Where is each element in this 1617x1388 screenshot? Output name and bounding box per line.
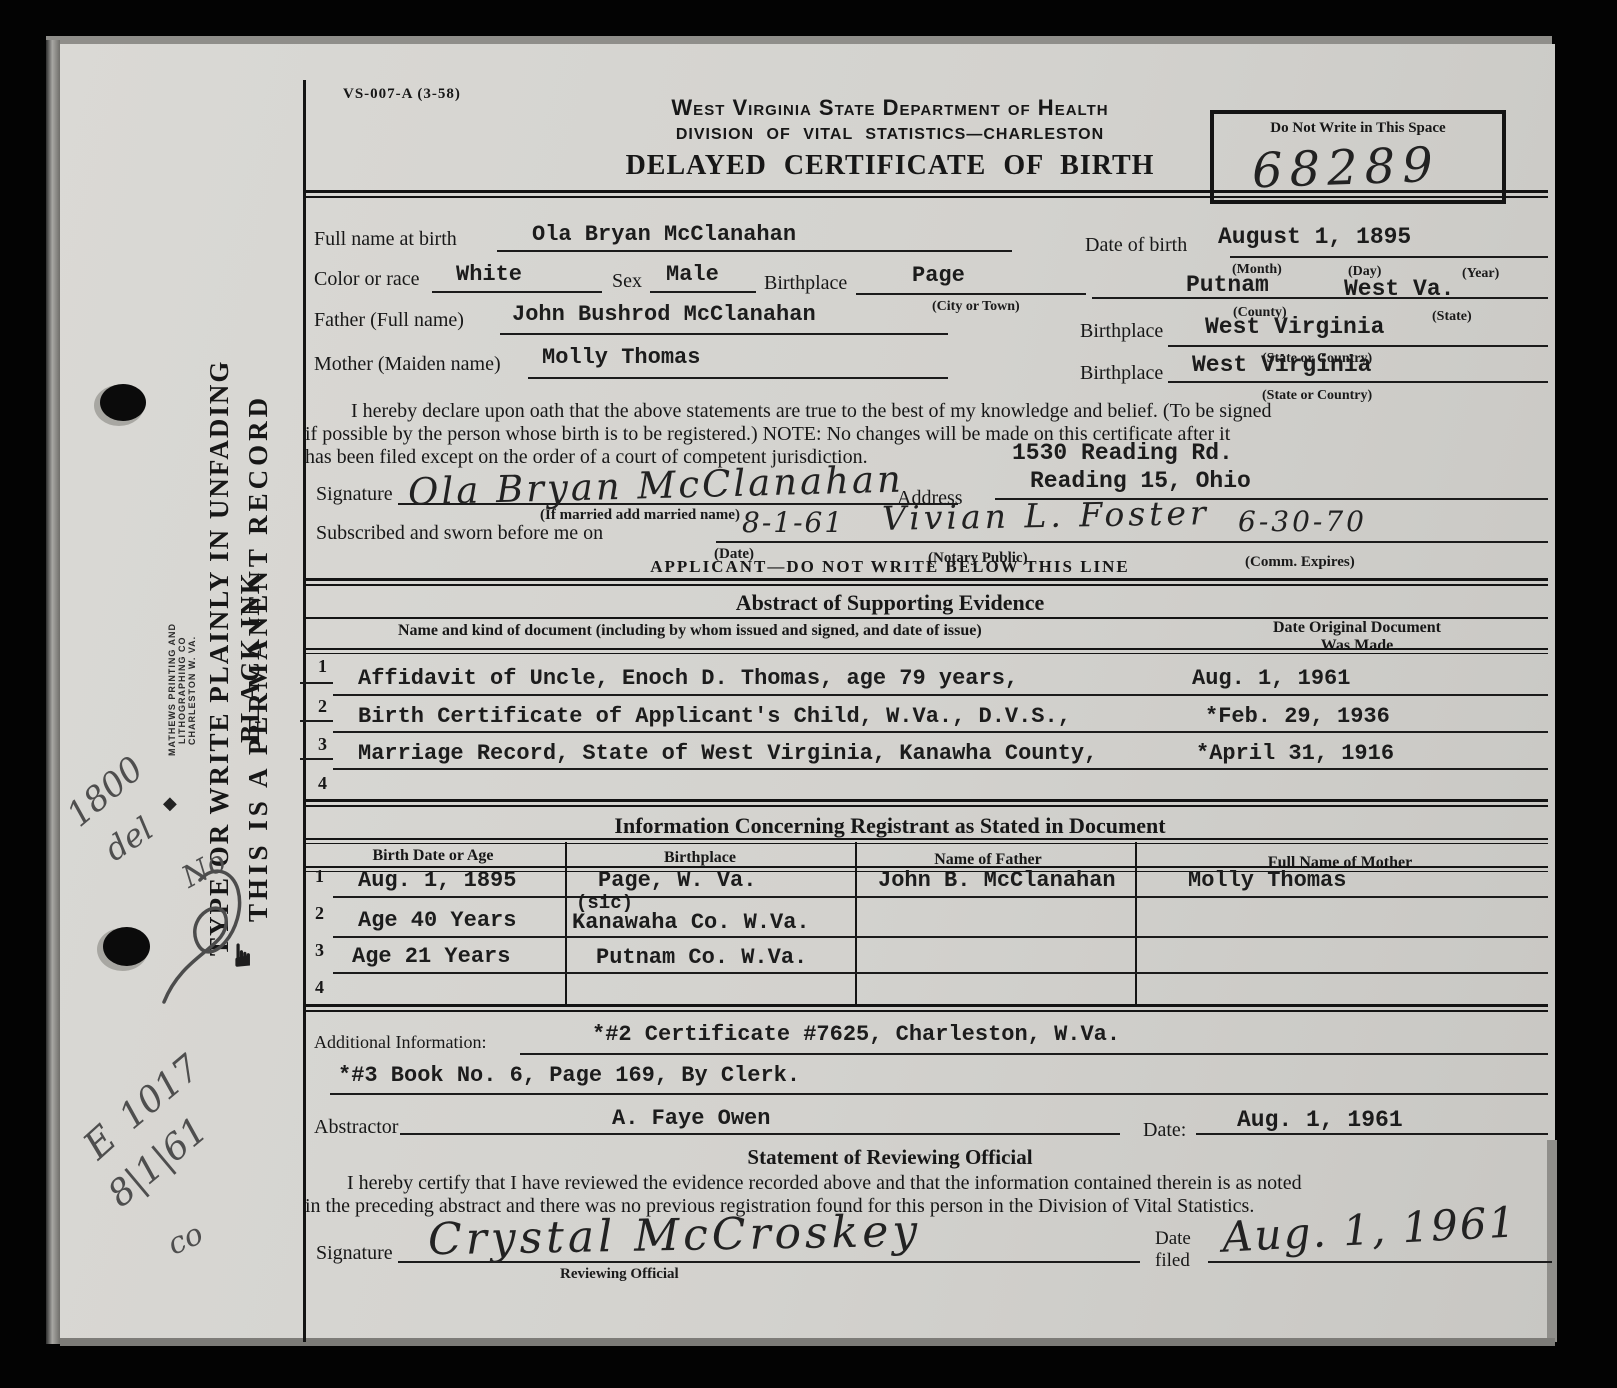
full-name-line [497, 250, 1012, 252]
abstractor-line [400, 1133, 1120, 1135]
abstractor-date-value: Aug. 1, 1961 [1237, 1107, 1403, 1133]
birthplace-label: Birthplace [764, 272, 847, 295]
registrant-col-divider-1 [565, 842, 567, 1007]
abstract-top-rule-1 [303, 578, 1548, 581]
evidence-num-line-1 [300, 682, 333, 684]
sex-label: Sex [612, 270, 642, 293]
abstractor-date-label: Date: [1143, 1119, 1186, 1142]
evidence-row-number: 2 [318, 696, 327, 717]
abstract-bottom-rule-1 [303, 799, 1548, 802]
form-number: VS-007-A (3-58) [343, 86, 461, 103]
scanned-birth-certificate: TYPE OR WRITE PLAINLY IN UNFADING BLACK … [0, 0, 1617, 1388]
printer-credit-line2: CHARLESTON W. VA. [187, 590, 197, 790]
header-rule-1 [303, 190, 1548, 193]
registrant-birth-date: Age 40 Years [358, 908, 516, 933]
registrant-row-number: 2 [315, 903, 324, 924]
registrant-row-line [333, 972, 1548, 974]
year-sublabel: (Year) [1462, 266, 1499, 282]
abstract-top-rule-2 [303, 584, 1548, 586]
applicant-street-address: 1530 Reading Rd. [1012, 440, 1233, 466]
page-stack-edge-right [1547, 1140, 1557, 1342]
abstractor-label: Abstractor [314, 1116, 398, 1139]
additional-info-line2: *#3 Book No. 6, Page 169, By Clerk. [338, 1063, 800, 1088]
registrant-birthplace: Kanawaha Co. W.Va. [572, 910, 810, 935]
address-value: Reading 15, Ohio [1030, 468, 1251, 494]
evidence-num-line-3 [300, 758, 333, 760]
division-name: DIVISION OF VITAL STATISTICS—CHARLESTON [495, 126, 1285, 144]
department-name: West Virginia State Department of Health [495, 95, 1285, 121]
evidence-row-number: 3 [318, 734, 327, 755]
father-value: John Bushrod McClanahan [512, 302, 816, 327]
birthplace-city-line [856, 293, 1086, 295]
registrant-bottom-rule-2 [303, 1010, 1548, 1012]
dob-value: August 1, 1895 [1218, 224, 1411, 250]
race-value: White [456, 262, 522, 287]
abstractor-name: A. Faye Owen [612, 1106, 770, 1131]
registrant-title-rule-2 [303, 843, 1548, 844]
race-line [432, 291, 602, 293]
evidence-row-date: Aug. 1, 1961 [1192, 666, 1350, 691]
mother-birthplace-line [1168, 381, 1548, 383]
registrant-title-rule-1 [303, 838, 1548, 840]
registrant-bottom-rule-1 [303, 1004, 1548, 1007]
reviewing-signature-label: Signature [316, 1242, 393, 1265]
abstract-date-header-1: Date Original Document [1237, 619, 1477, 637]
abstract-doc-header: Name and kind of document (including by … [398, 622, 982, 640]
punch-hole-bottom [103, 927, 150, 966]
registrant-row-number: 3 [315, 940, 324, 961]
registrant-col-divider-3 [1135, 842, 1137, 1007]
registrant-col-header-birth: Birth Date or Age [333, 847, 533, 865]
evidence-row-line [333, 768, 1548, 770]
abstract-header-rule-1 [303, 648, 1548, 650]
father-line [500, 333, 948, 335]
page-stack-edge-bottom [60, 1338, 1555, 1346]
evidence-row-text: Marriage Record, State of West Virginia,… [358, 741, 1097, 766]
dob-line [1230, 256, 1548, 258]
registrant-row-line [333, 936, 1548, 938]
sworn-label: Subscribed and sworn before me on [316, 522, 603, 545]
margin-instruction-permanent: THIS IS A PERMANENT RECORD [243, 385, 274, 930]
registrant-col-header-birthplace: Birthplace [600, 849, 800, 867]
abstract-bottom-rule-2 [303, 805, 1548, 807]
registrant-row-number: 4 [315, 977, 324, 998]
registrant-birth-date: Aug. 1, 1895 [358, 868, 516, 893]
mother-value: Molly Thomas [542, 345, 700, 370]
sworn-date-value: 8-1-61 [742, 506, 844, 539]
registrant-mother: Molly Thomas [1188, 868, 1346, 893]
reviewing-official-signature: Crystal McCroskey [428, 1206, 922, 1266]
printer-logo-icon: ◆ [163, 793, 177, 814]
state-sublabel: (State) [1432, 309, 1472, 325]
abstract-title: Abstract of Supporting Evidence [495, 590, 1285, 616]
abstractor-date-line [1196, 1133, 1548, 1135]
evidence-row-text: Affidavit of Uncle, Enoch D. Thomas, age… [358, 666, 1018, 691]
reviewing-line1: I hereby certify that I have reviewed th… [305, 1172, 1548, 1195]
date-filed-label-filed: filed [1155, 1250, 1190, 1272]
header-rule-2 [303, 196, 1548, 198]
declaration-line1: I hereby declare upon oath that the abov… [305, 400, 1548, 423]
evidence-row-line [333, 731, 1548, 733]
birthplace-city-value: Page [912, 263, 965, 288]
reviewing-official-sublabel: Reviewing Official [560, 1266, 679, 1283]
registrant-birth-date: Age 21 Years [352, 944, 510, 969]
additional-info-line1: *#2 Certificate #7625, Charleston, W.Va. [592, 1022, 1120, 1047]
evidence-row-text: Birth Certificate of Applicant's Child, … [358, 704, 1071, 729]
sex-line [650, 291, 756, 293]
registrant-title: Information Concerning Registrant as Sta… [495, 813, 1285, 839]
sworn-line [716, 541, 1548, 543]
birthplace-county-state-line [1092, 297, 1548, 299]
mother-label: Mother (Maiden name) [314, 353, 501, 376]
full-name-value: Ola Bryan McClanahan [532, 222, 796, 247]
page-stack-edge-left [46, 40, 60, 1344]
do-not-write-label: Do Not Write in This Space [1214, 120, 1502, 137]
evidence-row-number: 1 [318, 656, 327, 677]
evidence-row-number: 4 [318, 773, 327, 794]
father-birthplace-value: West Virginia [1205, 314, 1384, 340]
registrant-father: John B. McClanahan [878, 868, 1116, 893]
reviewing-title: Statement of Reviewing Official [495, 1145, 1285, 1170]
mother-birthplace-value: West Virginia [1192, 352, 1371, 378]
full-name-label: Full name at birth [314, 228, 457, 251]
evidence-row-date: *April 31, 1916 [1196, 741, 1394, 766]
printer-credit: MATHEWS PRINTING AND LITHOGRAPHING CO CH… [167, 590, 197, 790]
dob-label: Date of birth [1085, 234, 1187, 257]
registrant-birthplace: Page, W. Va. [598, 868, 756, 893]
printer-credit-line1: MATHEWS PRINTING AND LITHOGRAPHING CO [167, 590, 187, 790]
additional-info-label: Additional Information: [314, 1032, 486, 1053]
comm-expires-value: 6-30-70 [1238, 505, 1367, 538]
additional-info-line1-rule [520, 1053, 1548, 1055]
evidence-row-line [333, 694, 1548, 696]
registrant-col-divider-2 [855, 842, 857, 1007]
additional-info-line2-rule [330, 1093, 1548, 1095]
race-label: Color or race [314, 268, 420, 291]
form-left-border [303, 80, 306, 1342]
punch-hole-top [100, 384, 146, 421]
applicant-do-not-write-note: APPLICANT—DO NOT WRITE BELOW THIS LINE [495, 557, 1285, 577]
registrant-row-line [333, 896, 1548, 898]
abstract-header-rule-2 [303, 653, 1548, 654]
evidence-num-line-2 [300, 720, 333, 722]
birthplace-county-value: Putnam [1186, 272, 1269, 298]
father-birthplace-line [1168, 345, 1548, 347]
registrant-row-number: 1 [315, 866, 324, 887]
mother-birthplace-label: Birthplace [1080, 362, 1163, 385]
notary-signature: Vivian L. Foster [882, 493, 1210, 538]
father-label: Father (Full name) [314, 309, 464, 332]
date-filed-label-date: Date [1155, 1228, 1191, 1250]
declaration-line2: if possible by the person whose birth is… [305, 423, 1548, 446]
signature-label: Signature [316, 483, 393, 506]
pencil-scribble [150, 856, 270, 1006]
sex-value: Male [666, 262, 719, 287]
date-filed-line [1208, 1261, 1552, 1263]
city-town-sublabel: (City or Town) [932, 299, 1020, 315]
certificate-title: DELAYED CERTIFICATE OF BIRTH [495, 150, 1285, 182]
evidence-row-date: *Feb. 29, 1936 [1205, 704, 1390, 729]
registrant-birthplace: Putnam Co. W.Va. [596, 945, 807, 970]
father-birthplace-label: Birthplace [1080, 320, 1163, 343]
birthplace-state-value: West Va. [1344, 276, 1454, 302]
mother-line [528, 377, 948, 379]
